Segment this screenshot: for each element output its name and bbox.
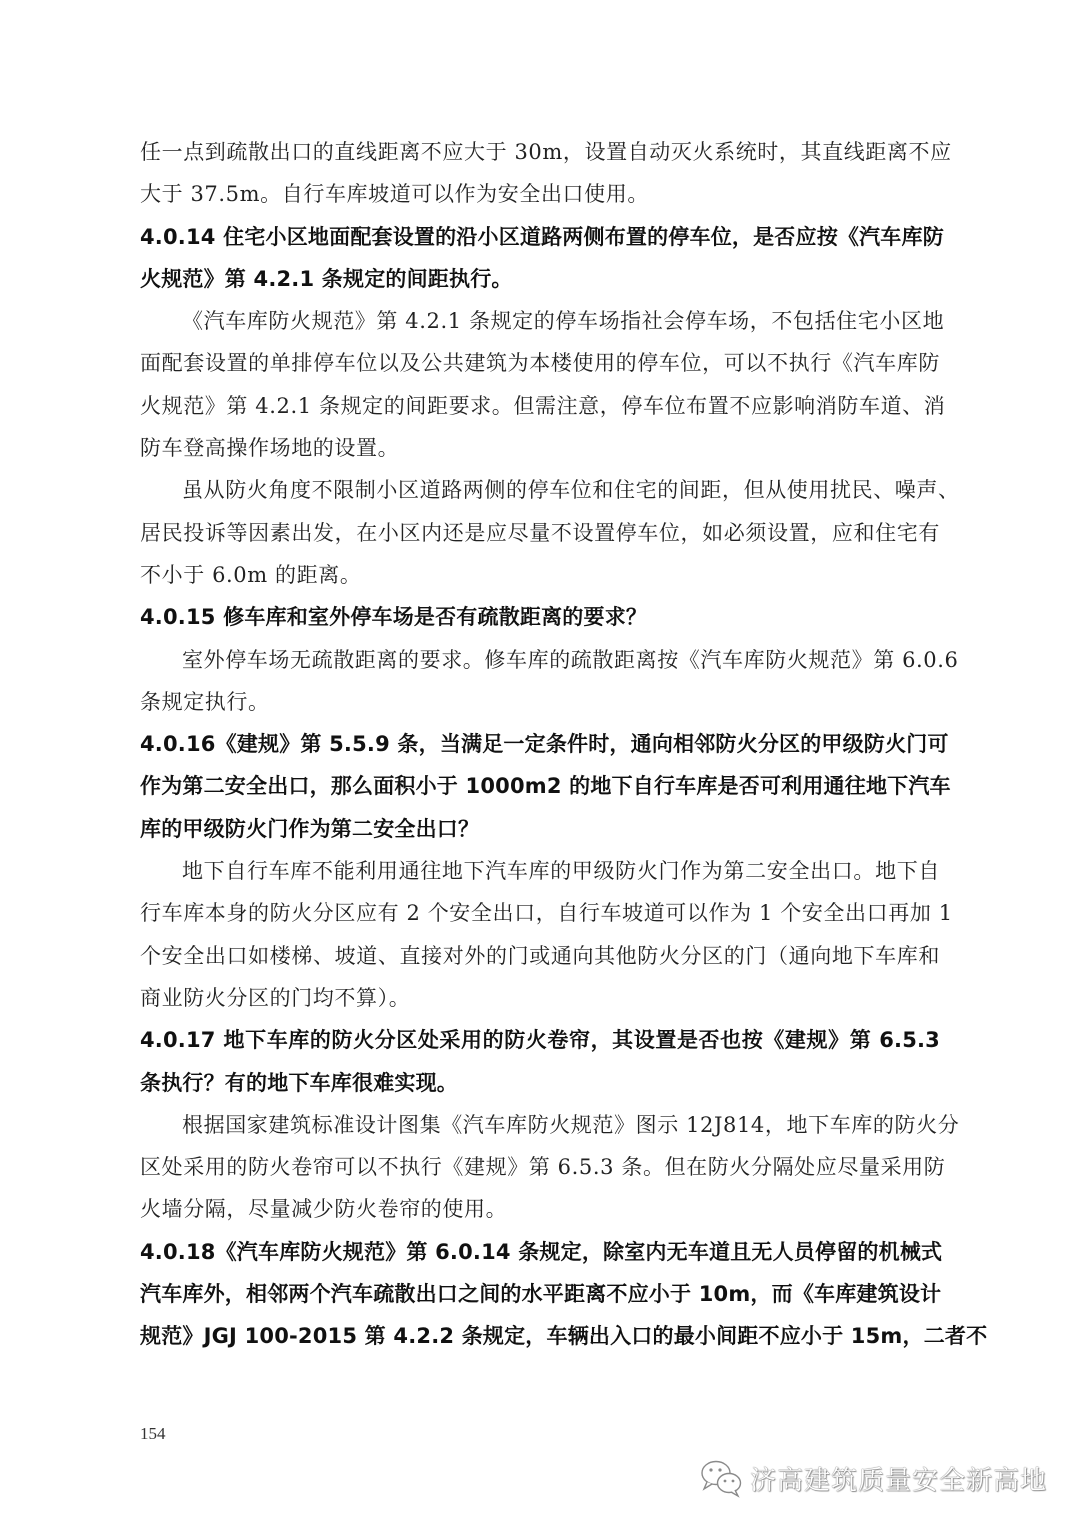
section-heading-line: 汽车库外，相邻两个汽车疏散出口之间的水平距离不应小于 10m，而《车库建筑设计	[140, 1273, 940, 1315]
paragraph-line: 条规定执行。	[140, 681, 940, 723]
page-number: 154	[140, 1424, 166, 1444]
paragraph-line: 行车库本身的防火分区应有 2 个安全出口，自行车坡道可以作为 1 个安全出口再加…	[140, 892, 940, 934]
section-heading-line: 4.0.18《汽车库防火规范》第 6.0.14 条规定，除室内无车道且无人员停留…	[140, 1231, 940, 1273]
paragraph-line: 虽从防火角度不限制小区道路两侧的停车位和住宅的间距，但从使用扰民、噪声、	[140, 469, 940, 511]
paragraph-line: 商业防火分区的门均不算）。	[140, 977, 940, 1019]
wechat-watermark: 济高建筑质量安全新高地	[700, 1458, 1047, 1498]
section-heading-line: 条执行？有的地下车库很难实现。	[140, 1062, 940, 1104]
section-heading-line: 4.0.14 住宅小区地面配套设置的沿小区道路两侧布置的停车位，是否应按《汽车库…	[140, 216, 940, 258]
paragraph-line: 室外停车场无疏散距离的要求。修车库的疏散距离按《汽车库防火规范》第 6.0.6	[140, 639, 940, 681]
document-body: 任一点到疏散出口的直线距离不应大于 30m，设置自动灭火系统时，其直线距离不应大…	[140, 131, 940, 1358]
paragraph-line: 不小于 6.0m 的距离。	[140, 554, 940, 596]
paragraph-line: 根据国家建筑标准设计图集《汽车库防火规范》图示 12J814，地下车库的防火分	[140, 1104, 940, 1146]
watermark-text: 济高建筑质量安全新高地	[750, 1460, 1047, 1497]
paragraph-line: 任一点到疏散出口的直线距离不应大于 30m，设置自动灭火系统时，其直线距离不应	[140, 131, 940, 173]
section-heading-line: 火规范》第 4.2.1 条规定的间距执行。	[140, 258, 940, 300]
section-heading-line: 作为第二安全出口，那么面积小于 1000m2 的地下自行车库是否可利用通往地下汽…	[140, 765, 940, 807]
paragraph-line: 大于 37.5m。自行车库坡道可以作为安全出口使用。	[140, 173, 940, 215]
document-page: 任一点到疏散出口的直线距离不应大于 30m，设置自动灭火系统时，其直线距离不应大…	[140, 131, 940, 1358]
paragraph-line: 区处采用的防火卷帘可以不执行《建规》第 6.5.3 条。但在防火分隔处应尽量采用…	[140, 1146, 940, 1188]
paragraph-line: 个安全出口如楼梯、坡道、直接对外的门或通向其他防火分区的门（通向地下车库和	[140, 935, 940, 977]
section-heading-line: 库的甲级防火门作为第二安全出口？	[140, 808, 940, 850]
paragraph-line: 火规范》第 4.2.1 条规定的间距要求。但需注意，停车位布置不应影响消防车道、…	[140, 385, 940, 427]
section-heading-line: 4.0.16《建规》第 5.5.9 条，当满足一定条件时，通向相邻防火分区的甲级…	[140, 723, 940, 765]
wechat-icon	[700, 1458, 744, 1498]
paragraph-line: 火墙分隔，尽量减少防火卷帘的使用。	[140, 1188, 940, 1230]
paragraph-line: 防车登高操作场地的设置。	[140, 427, 940, 469]
paragraph-line: 地下自行车库不能利用通往地下汽车库的甲级防火门作为第二安全出口。地下自	[140, 850, 940, 892]
section-heading-line: 规范》JGJ 100-2015 第 4.2.2 条规定，车辆出入口的最小间距不应…	[140, 1315, 940, 1357]
paragraph-line: 《汽车库防火规范》第 4.2.1 条规定的停车场指社会停车场，不包括住宅小区地	[140, 300, 940, 342]
paragraph-line: 居民投诉等因素出发，在小区内还是应尽量不设置停车位，如必须设置，应和住宅有	[140, 512, 940, 554]
section-heading-line: 4.0.15 修车库和室外停车场是否有疏散距离的要求？	[140, 596, 940, 638]
section-heading-line: 4.0.17 地下车库的防火分区处采用的防火卷帘，其设置是否也按《建规》第 6.…	[140, 1019, 940, 1061]
paragraph-line: 面配套设置的单排停车位以及公共建筑为本楼使用的停车位，可以不执行《汽车库防	[140, 342, 940, 384]
